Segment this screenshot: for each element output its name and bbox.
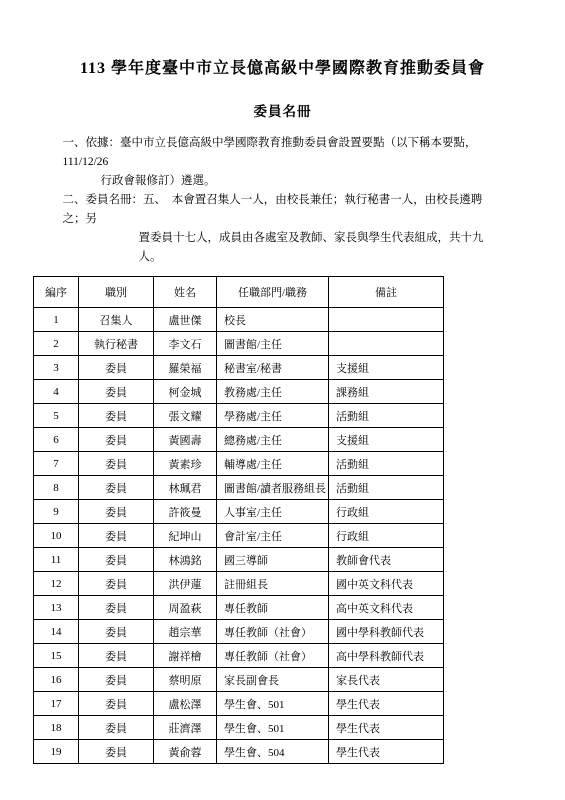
cell-dept: 校長 [217,308,329,332]
committee-table-wrapper: 編序職別姓名任職部門/職務備註 1召集人盧世傑校長2執行秘書李文石圖書館/主任3… [33,276,443,764]
cell-dept: 專任教師（社會） [217,644,329,668]
cell-dept: 學生會、501 [217,692,329,716]
cell-name: 紀坤山 [154,524,217,548]
cell-note: 支援組 [329,428,444,452]
table-row: 11委員林鴻銘國三導師教師會代表 [34,548,444,572]
table-row: 5委員張文耀學務處/主任活動組 [34,404,444,428]
table-row: 15委員謝祥檜專任教師（社會）高中學科教師代表 [34,644,444,668]
committee-roster-table: 編序職別姓名任職部門/職務備註 1召集人盧世傑校長2執行秘書李文石圖書館/主任3… [33,276,444,764]
cell-role: 委員 [79,668,154,692]
cell-dept: 專任教師（社會） [217,620,329,644]
cell-name: 盧松澤 [154,692,217,716]
cell-note: 學生代表 [329,740,444,764]
document-page: 113 學年度臺中市立長億高級中學國際教育推動委員會 委員名冊 一、依據：臺中市… [0,0,565,800]
cell-name: 柯金城 [154,380,217,404]
cell-note: 高中英文科代表 [329,596,444,620]
table-row: 16委員蔡明原家長副會長家長代表 [34,668,444,692]
cell-dept: 學務處/主任 [217,404,329,428]
cell-seq: 17 [34,692,79,716]
cell-seq: 19 [34,740,79,764]
cell-name: 張文耀 [154,404,217,428]
cell-role: 委員 [79,572,154,596]
cell-seq: 6 [34,428,79,452]
cell-dept: 總務處/主任 [217,428,329,452]
paragraph-roster: 二、委員名冊：五、 本會置召集人一人，由校長兼任；執行秘書一人，由校長遴聘之；另… [63,191,503,267]
table-row: 1召集人盧世傑校長 [34,308,444,332]
cell-role: 委員 [79,476,154,500]
cell-note: 高中學科教師代表 [329,644,444,668]
table-row: 14委員趙宗華專任教師（社會）國中學科教師代表 [34,620,444,644]
table-header-row: 編序職別姓名任職部門/職務備註 [34,277,444,308]
document-body-text: 一、依據：臺中市立長億高級中學國際教育推動委員會設置要點（以下稱本要點，111/… [63,120,503,267]
cell-name: 林珮君 [154,476,217,500]
paragraph-basis-line1: 一、依據：臺中市立長億高級中學國際教育推動委員會設置要點（以下稱本要點，111/… [63,134,503,172]
cell-role: 委員 [79,596,154,620]
cell-dept: 會計室/主任 [217,524,329,548]
cell-dept: 國三導師 [217,548,329,572]
table-header-dept: 任職部門/職務 [217,277,329,308]
cell-seq: 14 [34,620,79,644]
table-row: 13委員周盈萩專任教師高中英文科代表 [34,596,444,620]
cell-seq: 15 [34,644,79,668]
cell-seq: 3 [34,356,79,380]
cell-seq: 9 [34,500,79,524]
table-header-seq: 編序 [34,277,79,308]
cell-note [329,308,444,332]
table-row: 8委員林珮君圖書館/讀者服務組長活動組 [34,476,444,500]
cell-name: 黃國壽 [154,428,217,452]
paragraph-roster-line1: 二、委員名冊：五、 本會置召集人一人，由校長兼任；執行秘書一人，由校長遴聘之；另 [63,191,503,229]
document-subtitle: 委員名冊 [0,78,565,120]
cell-name: 林鴻銘 [154,548,217,572]
cell-name: 李文石 [154,332,217,356]
cell-dept: 家長副會長 [217,668,329,692]
cell-note: 行政組 [329,524,444,548]
cell-role: 委員 [79,356,154,380]
cell-name: 羅榮福 [154,356,217,380]
cell-dept: 秘書室/秘書 [217,356,329,380]
cell-dept: 圖書館/讀者服務組長 [217,476,329,500]
table-row: 17委員盧松澤學生會、501學生代表 [34,692,444,716]
cell-note: 學生代表 [329,716,444,740]
cell-note: 家長代表 [329,668,444,692]
cell-seq: 8 [34,476,79,500]
table-row: 7委員黃素珍輔導處/主任活動組 [34,452,444,476]
table-row: 18委員莊濟澤學生會、501學生代表 [34,716,444,740]
cell-name: 黃俞蓉 [154,740,217,764]
cell-role: 委員 [79,428,154,452]
cell-seq: 5 [34,404,79,428]
cell-name: 謝祥檜 [154,644,217,668]
paragraph-basis: 一、依據：臺中市立長億高級中學國際教育推動委員會設置要點（以下稱本要點，111/… [63,134,503,191]
table-row: 12委員洪伊蓮註冊組長國中英文科代表 [34,572,444,596]
cell-role: 執行秘書 [79,332,154,356]
cell-dept: 人事室/主任 [217,500,329,524]
cell-name: 蔡明原 [154,668,217,692]
cell-note: 行政組 [329,500,444,524]
table-row: 9委員許筱曼人事室/主任行政組 [34,500,444,524]
cell-note: 支援組 [329,356,444,380]
cell-dept: 專任教師 [217,596,329,620]
cell-note: 課務組 [329,380,444,404]
cell-role: 委員 [79,692,154,716]
cell-role: 委員 [79,620,154,644]
cell-role: 委員 [79,716,154,740]
cell-role: 委員 [79,380,154,404]
cell-role: 委員 [79,644,154,668]
cell-seq: 2 [34,332,79,356]
cell-dept: 圖書館/主任 [217,332,329,356]
cell-role: 召集人 [79,308,154,332]
cell-role: 委員 [79,452,154,476]
cell-name: 周盈萩 [154,596,217,620]
document-title: 113 學年度臺中市立長億高級中學國際教育推動委員會 [0,0,565,78]
cell-dept: 教務處/主任 [217,380,329,404]
cell-note: 活動組 [329,452,444,476]
cell-seq: 4 [34,380,79,404]
table-header-name: 姓名 [154,277,217,308]
cell-seq: 16 [34,668,79,692]
cell-role: 委員 [79,404,154,428]
cell-role: 委員 [79,548,154,572]
cell-note: 國中學科教師代表 [329,620,444,644]
cell-seq: 7 [34,452,79,476]
cell-dept: 註冊組長 [217,572,329,596]
table-row: 6委員黃國壽總務處/主任支援組 [34,428,444,452]
table-row: 10委員紀坤山會計室/主任行政組 [34,524,444,548]
cell-role: 委員 [79,740,154,764]
cell-note: 活動組 [329,404,444,428]
cell-dept: 學生會、504 [217,740,329,764]
cell-note: 教師會代表 [329,548,444,572]
cell-dept: 學生會、501 [217,716,329,740]
cell-seq: 11 [34,548,79,572]
paragraph-basis-line2: 行政會報修訂）遴選。 [63,172,503,191]
cell-seq: 1 [34,308,79,332]
cell-note [329,332,444,356]
table-row: 4委員柯金城教務處/主任課務組 [34,380,444,404]
cell-seq: 13 [34,596,79,620]
cell-name: 黃素珍 [154,452,217,476]
table-row: 19委員黃俞蓉學生會、504學生代表 [34,740,444,764]
cell-name: 趙宗華 [154,620,217,644]
table-header-role: 職別 [79,277,154,308]
cell-name: 洪伊蓮 [154,572,217,596]
cell-name: 莊濟澤 [154,716,217,740]
cell-name: 許筱曼 [154,500,217,524]
paragraph-roster-line2: 置委員十七人，成員由各處室及教師、家長與學生代表組成，共十九人。 [63,229,503,267]
cell-seq: 12 [34,572,79,596]
cell-seq: 10 [34,524,79,548]
cell-note: 國中英文科代表 [329,572,444,596]
cell-dept: 輔導處/主任 [217,452,329,476]
cell-note: 學生代表 [329,692,444,716]
cell-seq: 18 [34,716,79,740]
table-row: 3委員羅榮福秘書室/秘書支援組 [34,356,444,380]
cell-role: 委員 [79,524,154,548]
table-header-note: 備註 [329,277,444,308]
cell-role: 委員 [79,500,154,524]
cell-name: 盧世傑 [154,308,217,332]
cell-note: 活動組 [329,476,444,500]
table-row: 2執行秘書李文石圖書館/主任 [34,332,444,356]
